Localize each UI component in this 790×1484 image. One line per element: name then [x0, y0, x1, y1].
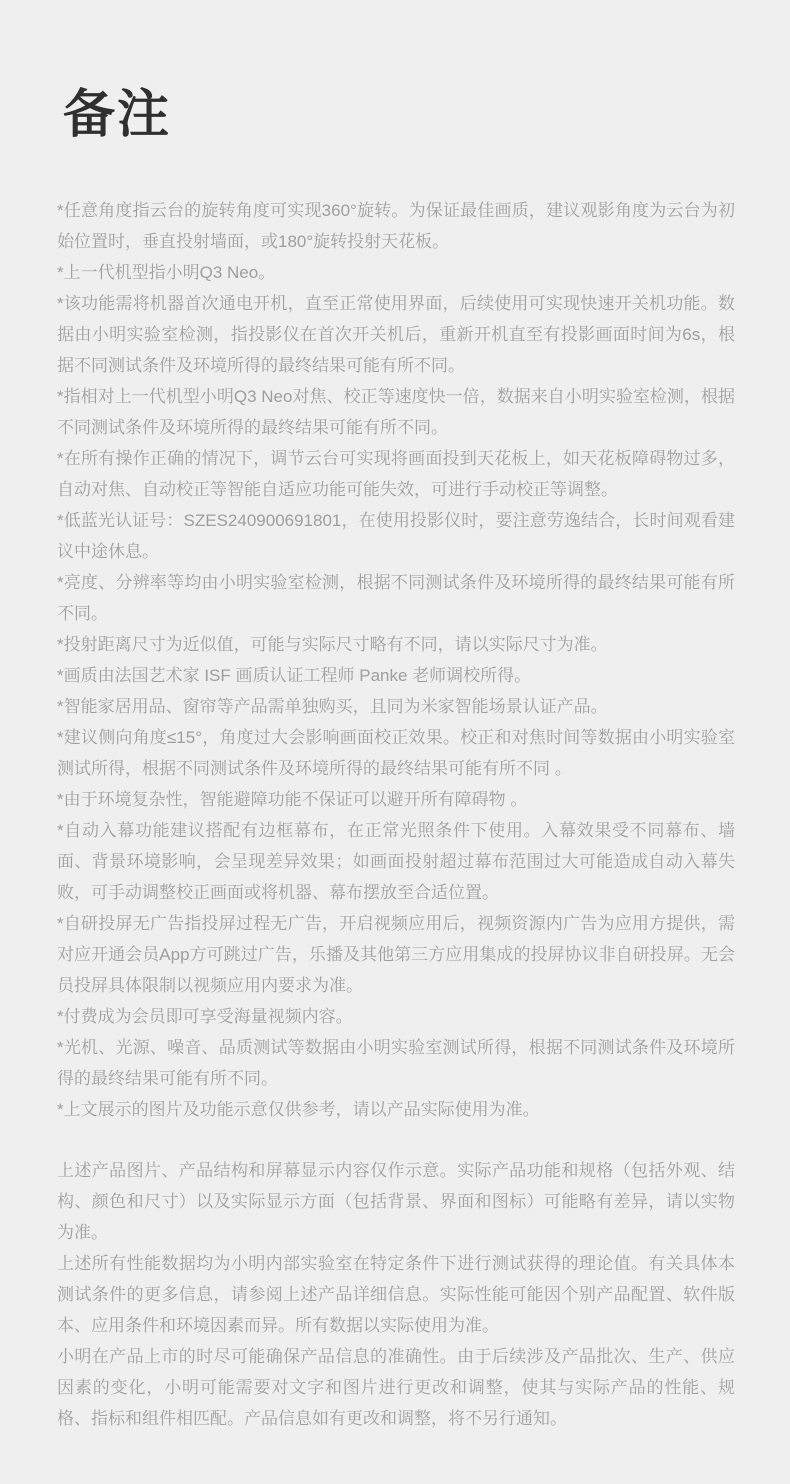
footnote-paragraph: *在所有操作正确的情况下，调节云台可实现将画面投到天花板上，如天花板障碍物过多，… [57, 443, 735, 505]
footnote-paragraph: *该功能需将机器首次通电开机，直至正常使用界面，后续使用可实现快速开关机功能。数… [57, 288, 735, 381]
footnotes-list: *任意角度指云台的旋转角度可实现360°旋转。为保证最佳画质，建议观影角度为云台… [57, 195, 735, 1125]
footnote-paragraph: *指相对上一代机型小明Q3 Neo对焦、校正等速度快一倍，数据来自小明实验室检测… [57, 381, 735, 443]
footnote-paragraph: *低蓝光认证号：SZES240900691801，在使用投影仪时，要注意劳逸结合… [57, 505, 735, 567]
disclaimer-paragraph: 上述产品图片、产品结构和屏幕显示内容仅作示意。实际产品功能和规格（包括外观、结构… [57, 1155, 735, 1248]
footnote-paragraph: *智能家居用品、窗帘等产品需单独购买，且同为米家智能场景认证产品。 [57, 691, 735, 722]
page-title: 备注 [63, 88, 735, 143]
footnote-paragraph: *付费成为会员即可享受海量视频内容。 [57, 1001, 735, 1032]
footnote-paragraph: *由于环境复杂性，智能避障功能不保证可以避开所有障碍物 。 [57, 784, 735, 815]
footnote-paragraph: *建议侧向角度≤15°，角度过大会影响画面校正效果。校正和对焦时间等数据由小明实… [57, 722, 735, 784]
footnote-paragraph: *自动入幕功能建议搭配有边框幕布，在正常光照条件下使用。入幕效果受不同幕布、墙面… [57, 815, 735, 908]
disclaimer-list: 上述产品图片、产品结构和屏幕显示内容仅作示意。实际产品功能和规格（包括外观、结构… [57, 1155, 735, 1434]
footnote-paragraph: *亮度、分辨率等均由小明实验室检测，根据不同测试条件及环境所得的最终结果可能有所… [57, 567, 735, 629]
footnote-paragraph: *上一代机型指小明Q3 Neo。 [57, 257, 735, 288]
footnote-paragraph: *投射距离尺寸为近似值，可能与实际尺寸略有不同，请以实际尺寸为准。 [57, 629, 735, 660]
footnote-paragraph: *任意角度指云台的旋转角度可实现360°旋转。为保证最佳画质，建议观影角度为云台… [57, 195, 735, 257]
disclaimer-paragraph: 上述所有性能数据均为小明内部实验室在特定条件下进行测试获得的理论值。有关具体本测… [57, 1248, 735, 1341]
footnote-paragraph: *光机、光源、噪音、品质测试等数据由小明实验室测试所得，根据不同测试条件及环境所… [57, 1032, 735, 1094]
disclaimer-paragraph: 小明在产品上市的时尽可能确保产品信息的准确性。由于后续涉及产品批次、生产、供应因… [57, 1341, 735, 1434]
footnote-paragraph: *上文展示的图片及功能示意仅供参考，请以产品实际使用为准。 [57, 1094, 735, 1125]
footnote-paragraph: *自研投屏无广告指投屏过程无广告，开启视频应用后，视频资源内广告为应用方提供，需… [57, 908, 735, 1001]
remarks-page: 备注 *任意角度指云台的旋转角度可实现360°旋转。为保证最佳画质，建议观影角度… [0, 0, 790, 1484]
footnote-paragraph: *画质由法国艺术家 ISF 画质认证工程师 Panke 老师调校所得。 [57, 660, 735, 691]
